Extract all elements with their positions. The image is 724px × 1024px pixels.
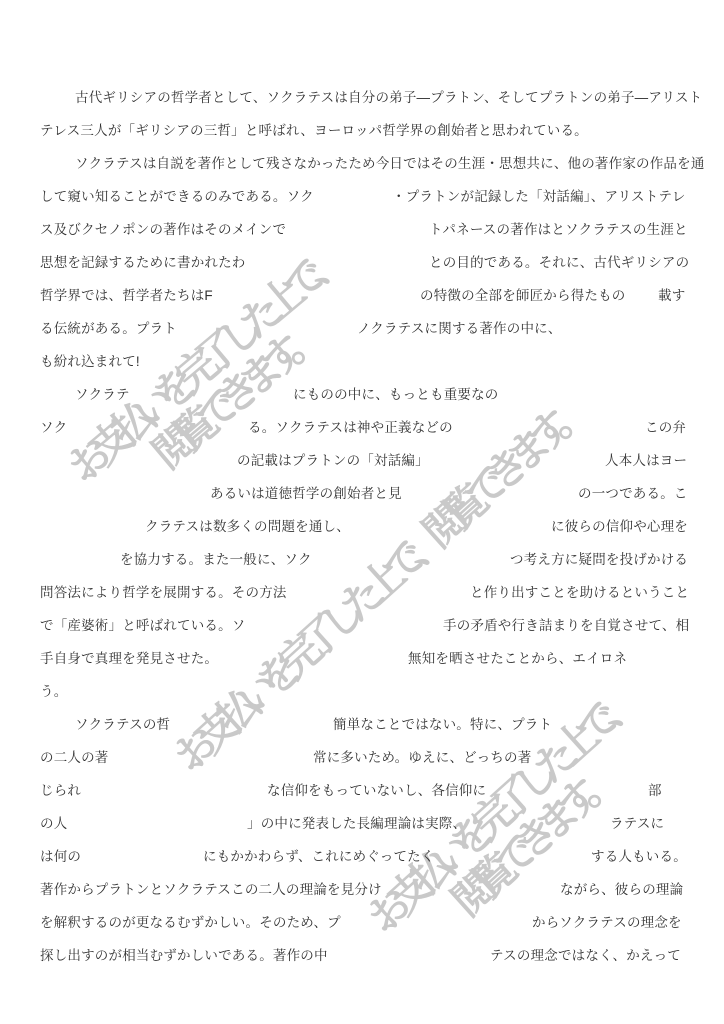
text-fragment: からソクラテスの理念を (532, 911, 682, 931)
text-line: ソクラテスの哲簡単なことではない。特に、プラト (0, 713, 724, 731)
text-fragment: 著作からプラトンとソクラテスこの二人の理論を見分け (40, 878, 382, 898)
text-fragment: う。 (40, 680, 67, 700)
text-fragment: あるいは道徳哲学の創始者と見 (210, 482, 402, 502)
text-fragment: する人もいる。 (591, 845, 687, 865)
text-fragment: トパネースの著作はとソクラテスの生涯と (429, 218, 688, 238)
document-page: お支払いを完了した上で、閲覧できます。お支払いを完了した上で、閲覧できます。お支… (0, 0, 724, 1024)
text-line: の二人の著常に多いため。ゆえに、どっちの著 (0, 746, 724, 764)
text-fragment: ・プラトンが記録した「対話編」、アリストテレ (392, 185, 686, 205)
text-fragment: の記載はプラトンの「対話編」 (237, 449, 429, 469)
text-fragment: ソクラテスは自説を著作として残さなかったため今日ではその生涯・思想共に、他の著作… (75, 152, 705, 172)
text-fragment: 問答法により哲学を展開する。その方法 (40, 581, 287, 601)
text-line: で「産婆術」と呼ばれている。ソ手の矛盾や行き詰まりを自覚させて、相 (0, 614, 724, 632)
text-line: 哲学界では、哲学者たちはFの特徴の全部を師匠から得たもの載す (0, 284, 724, 302)
text-fragment: 哲学界では、哲学者たちはF (40, 284, 213, 304)
text-line: ソクる。ソクラテスは神や正義などのこの弁 (0, 416, 724, 434)
text-fragment: ながら、彼らの理論 (560, 878, 683, 898)
text-fragment: と作り出すことを助けるということ (470, 581, 689, 601)
text-fragment: 無知を晒させたことから、エイロネ (408, 647, 627, 667)
text-fragment: の人 (40, 812, 67, 832)
text-fragment: 常に多いため。ゆえに、どっちの著 (313, 746, 531, 766)
text-fragment: して窺い知ることができるのみである。ソク (40, 185, 314, 205)
text-fragment: も紛れ込まれて! (40, 350, 140, 370)
text-fragment: 簡単なことではない。特に、プラト (333, 713, 552, 733)
text-fragment: ノクラテスに関する著作の中に、 (357, 317, 562, 337)
text-fragment: との目的である。それに、古代ギリシアの (429, 251, 689, 271)
text-fragment: る伝統がある。プラト (40, 317, 177, 337)
text-line: を協力する。また一般に、ソクつ考え方に疑問を投げかける (0, 548, 724, 566)
text-fragment: ソクラテスの哲 (75, 713, 170, 733)
text-fragment: じられ (40, 779, 81, 799)
text-line: を解釈するのが更なるむずかしい。そのため、プからソクラテスの理念を (0, 911, 724, 929)
text-line: 手自身で真理を発見させた。無知を晒させたことから、エイロネ (0, 647, 724, 665)
text-line: して窺い知ることができるのみである。ソク・プラトンが記録した「対話編」、アリスト… (0, 185, 724, 203)
text-fragment: ソク (40, 416, 67, 436)
text-fragment: にものの中に、もっとも重要なの (293, 383, 499, 403)
text-fragment: ラテスに (610, 812, 664, 832)
text-fragment: つ考え方に疑問を投げかける (510, 548, 688, 568)
text-line: 著作からプラトンとソクラテスこの二人の理論を見分けながら、彼らの理論 (0, 878, 724, 896)
text-fragment: 探し出すのが相当むずかしいである。著作の中 (40, 944, 328, 964)
text-fragment: は何の (40, 845, 81, 865)
text-fragment: テレス三人が「ギリシアの三哲」と呼ばれ、ヨーロッパ哲学界の創始者と思われている。 (40, 119, 588, 139)
text-fragment: 」の中に発表した長編理論は実際、 (247, 812, 466, 832)
text-line: ソクラテにものの中に、もっとも重要なの (0, 383, 724, 401)
text-fragment: る。ソクラテスは神や正義などの (248, 416, 453, 436)
text-fragment: にもかかわらず、これにめぐってたく (203, 845, 435, 865)
text-fragment: テスの理念ではなく、かえって (490, 944, 681, 964)
text-fragment: 古代ギリシアの哲学者として、ソクラテスは自分の弟子―プラトン、そしてプラトンの弟… (75, 86, 702, 106)
text-line: テレス三人が「ギリシアの三哲」と呼ばれ、ヨーロッパ哲学界の創始者と思われている。 (0, 119, 724, 137)
text-fragment: ス及びクセノポンの著作はそのメインで (40, 218, 286, 238)
text-fragment: この弁 (645, 416, 686, 436)
text-layer: 古代ギリシアの哲学者として、ソクラテスは自分の弟子―プラトン、そしてプラトンの弟… (0, 0, 724, 1024)
text-fragment: クラテスは数多くの問題を通し、 (145, 515, 350, 535)
text-fragment: 人本人はヨー (605, 449, 687, 469)
text-fragment: 手の矛盾や行き詰まりを自覚させて、相 (443, 614, 689, 634)
text-fragment: 思想を記録するために書かれたわ (40, 251, 246, 271)
text-fragment: の二人の著 (40, 746, 109, 766)
text-line: じられな信仰をもっていないし、各信仰に部 (0, 779, 724, 797)
text-fragment: 部 (648, 779, 662, 799)
text-fragment: ソクラテ (75, 383, 130, 403)
text-fragment: の一つである。こ (578, 482, 688, 502)
text-line: は何のにもかかわらず、これにめぐってたくする人もいる。 (0, 845, 724, 863)
text-fragment: を解釈するのが更なるむずかしい。そのため、プ (40, 911, 341, 931)
text-line: 古代ギリシアの哲学者として、ソクラテスは自分の弟子―プラトン、そしてプラトンの弟… (0, 86, 724, 104)
text-line: 探し出すのが相当むずかしいである。著作の中テスの理念ではなく、かえって (0, 944, 724, 962)
text-line: あるいは道徳哲学の創始者と見の一つである。こ (0, 482, 724, 500)
text-fragment: に彼らの信仰や心理を (551, 515, 688, 535)
text-fragment: 手自身で真理を発見させた。 (40, 647, 218, 667)
text-line: の記載はプラトンの「対話編」人本人はヨー (0, 449, 724, 467)
text-line: う。 (0, 680, 724, 698)
text-line: 思想を記録するために書かれたわとの目的である。それに、古代ギリシアの (0, 251, 724, 269)
text-fragment: を協力する。また一般に、ソク (120, 548, 312, 568)
text-fragment: で「産婆術」と呼ばれている。ソ (40, 614, 246, 634)
text-line: 問答法により哲学を展開する。その方法と作り出すことを助けるということ (0, 581, 724, 599)
text-fragment: の特徴の全部を師匠から得たもの (420, 284, 626, 304)
text-line: ソクラテスは自説を著作として残さなかったため今日ではその生涯・思想共に、他の著作… (0, 152, 724, 170)
text-line: る伝統がある。プラトノクラテスに関する著作の中に、 (0, 317, 724, 335)
text-line: の人」の中に発表した長編理論は実際、ラテスに (0, 812, 724, 830)
text-line: クラテスは数多くの問題を通し、に彼らの信仰や心理を (0, 515, 724, 533)
text-fragment: 載す (658, 284, 685, 304)
text-line: ス及びクセノポンの著作はそのメインでトパネースの著作はとソクラテスの生涯と (0, 218, 724, 236)
text-line: も紛れ込まれて! (0, 350, 724, 368)
text-fragment: な信仰をもっていないし、各信仰に (267, 779, 486, 799)
